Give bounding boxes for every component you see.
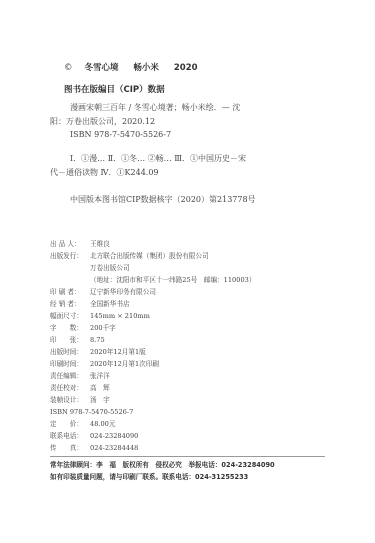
info-print-date: 印刷时间：2020年12月第1次印刷 (50, 361, 159, 368)
author-name: 冬雪心境 (84, 63, 118, 73)
illustrator-name: 畅小米 (133, 63, 159, 73)
catalog-line-1: Ⅰ．①漫… Ⅱ．①冬… ②畅… Ⅲ．①中国历史－宋 (70, 155, 246, 163)
info-distribution: 出版发行：北方联合出版传媒（集团）股份有限公司 (50, 253, 209, 260)
info-phone: 联系电话：024-23284090 (50, 433, 138, 440)
cip-title: 图书在版编目（CIP）数据 (64, 86, 165, 95)
info-distributor: 经 销 者：全国新华书店 (50, 301, 130, 308)
cip-body-line-1: 漫画宋朝三百年 / 冬雪心境著；畅小米绘．— 沈 (70, 104, 240, 112)
divider-rule (50, 456, 325, 457)
legal-line-1: 常年法律顾问：李 福 版权所有 侵权必究 举报电话：024-23284090 (50, 462, 275, 469)
info-fax: 传 真：024-23284448 (50, 445, 138, 452)
cip-record-number: 中国版本图书馆CIP数据核字（2020）第213778号 (70, 196, 256, 204)
info-designer: 装帧设计：汤 宇 (50, 397, 110, 404)
info-publish-date: 出版时间：2020年12月第1版 (50, 349, 146, 356)
copyright-year: 2020 (174, 63, 198, 73)
catalog-line-2: 代－通俗读物 Ⅳ．①K244.09 (50, 169, 159, 177)
info-editor: 责任编辑：张洋洋 (50, 373, 110, 380)
info-price: 定 价：48.00元 (50, 421, 115, 428)
info-address: （地址：沈阳市和平区十一纬路25号 邮编：110003） (50, 277, 255, 284)
info-printer: 印 刷 者：辽宁新华印务有限公司 (50, 289, 156, 296)
info-word-count: 字 数：200千字 (50, 325, 116, 332)
legal-line-2: 如有印装质量问题，请与印刷厂联系。联系电话：024-31255233 (50, 474, 248, 481)
info-isbn: ISBN 978-7-5470-5526-7 (50, 409, 133, 416)
copyright-symbol: © (64, 63, 73, 73)
cip-isbn: ISBN 978-7-5470-5526-7 (70, 131, 171, 139)
info-format-size: 幅面尺寸：145mm × 210mm (50, 313, 150, 320)
info-proofreader: 责任校对：高 辉 (50, 385, 110, 392)
copyright-line: © 冬雪心境 畅小米 2020 (64, 64, 198, 73)
cip-body-line-2: 阳：万卷出版公司，2020.12 (50, 118, 155, 126)
info-sheets: 印 张：8.75 (50, 337, 105, 344)
info-publisher-company: 万卷出版公司 (50, 265, 130, 272)
copyright-page: © 冬雪心境 畅小米 2020 图书在版编目（CIP）数据 漫画宋朝三百年 / … (0, 0, 375, 543)
info-publisher-person: 出 品 人：王维良 (50, 241, 110, 248)
